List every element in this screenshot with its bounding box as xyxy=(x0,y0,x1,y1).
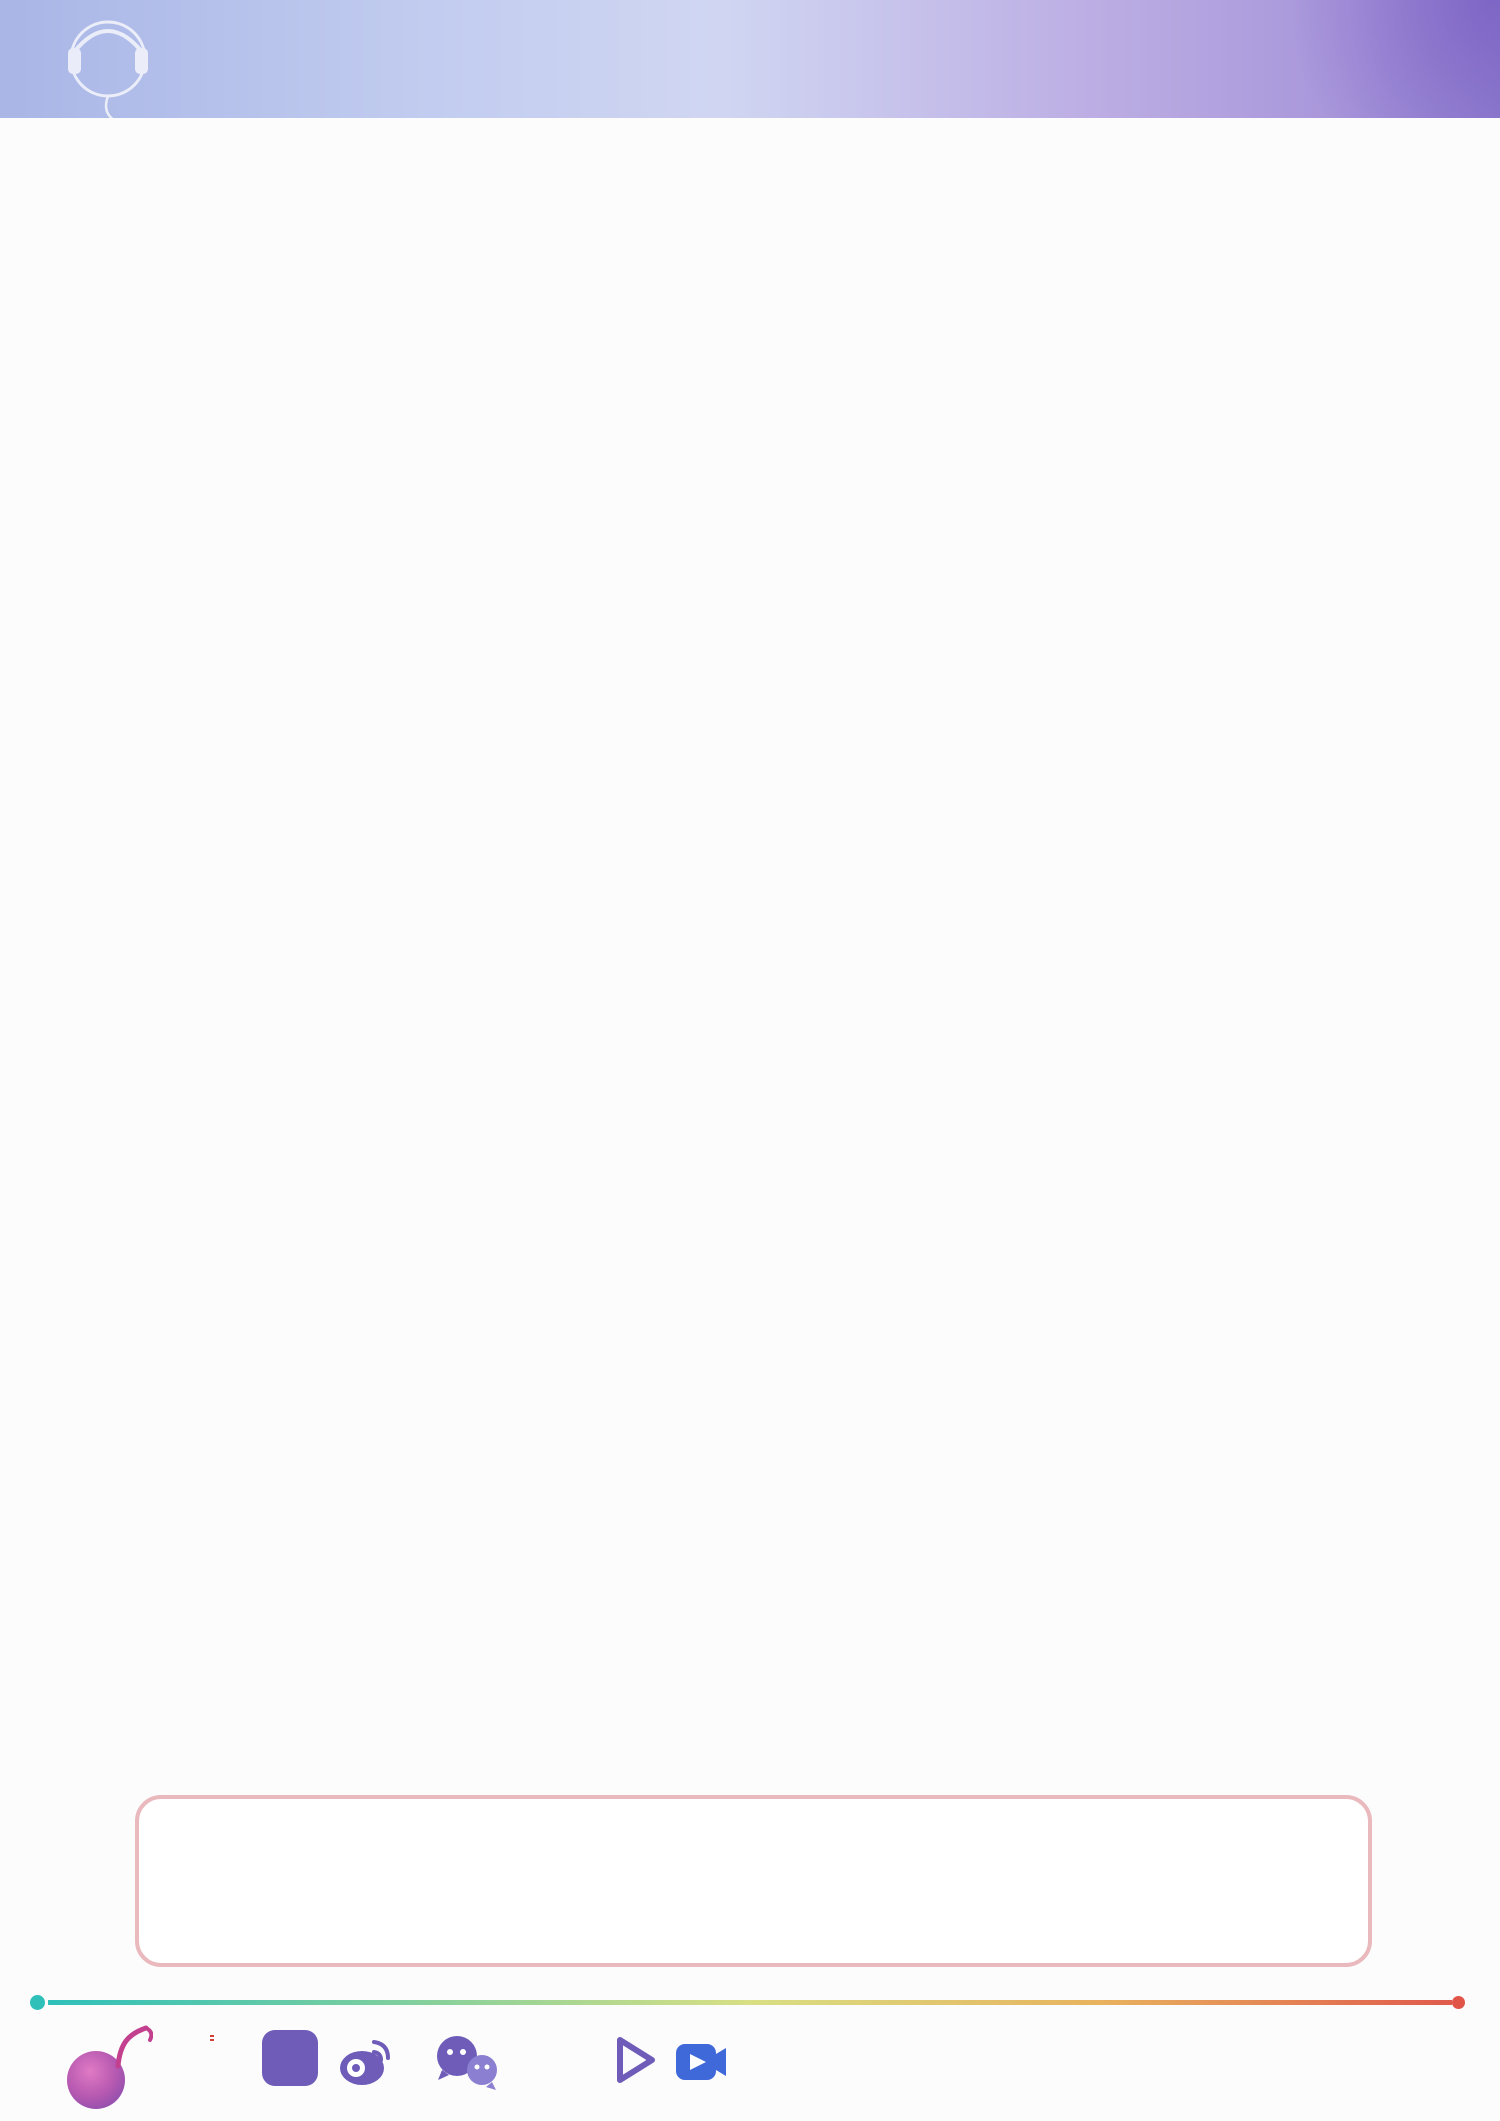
taobao-icon[interactable] xyxy=(262,2030,318,2086)
chord-diagrams-box xyxy=(135,1795,1372,1967)
weibo-icon[interactable] xyxy=(336,2030,398,2090)
brand-logo-icon xyxy=(58,2018,153,2118)
meipai-icon[interactable] xyxy=(672,2034,728,2090)
chord-diagrams xyxy=(139,1799,1368,1963)
brand-logo-text[interactable] xyxy=(152,2028,272,2048)
wechat-icon[interactable] xyxy=(432,2032,502,2092)
sheet-page xyxy=(0,0,1500,2121)
divider-gradient-bar xyxy=(48,2000,1452,2005)
divider-dot-left xyxy=(30,1995,45,2010)
brand-name-cn xyxy=(210,2035,214,2041)
divider-dot-right xyxy=(1452,1996,1465,2009)
play-button-icon[interactable] xyxy=(606,2030,662,2090)
tablature-staff xyxy=(0,0,1500,330)
